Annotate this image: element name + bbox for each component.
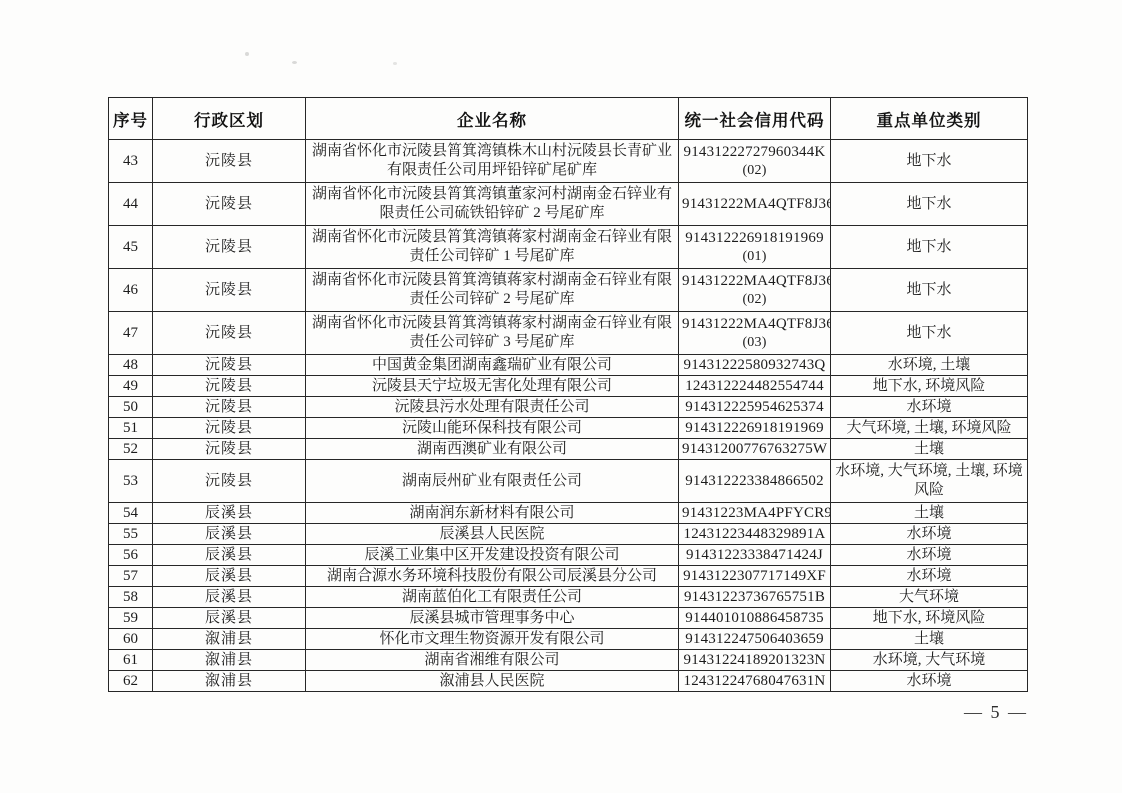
page-number: — 5 — — [938, 702, 1054, 723]
company-name-cell: 辰溪工业集中区开发建设投资有限公司 — [306, 545, 679, 566]
district-cell: 辰溪县 — [153, 503, 306, 524]
company-name-cell: 沅陵县天宁垃圾无害化处理有限公司 — [306, 376, 679, 397]
scan-speck — [393, 62, 397, 65]
district-cell: 溆浦县 — [153, 671, 306, 692]
table-row: 60 溆浦县 怀化市文理生物资源开发有限公司 91431224750640365… — [109, 629, 1028, 650]
district-cell: 沅陵县 — [153, 312, 306, 355]
credit-code-cell: 12431223448329891A — [679, 524, 831, 545]
credit-code-cell: 914401010886458735 — [679, 608, 831, 629]
serial-number-cell: 45 — [109, 226, 153, 269]
credit-code-cell: 91431224189201323N — [679, 650, 831, 671]
district-cell: 沅陵县 — [153, 183, 306, 226]
district-cell: 辰溪县 — [153, 566, 306, 587]
table-row: 45 沅陵县 湖南省怀化市沅陵县筲箕湾镇蒋家村湖南金石锌业有限责任公司锌矿 1 … — [109, 226, 1028, 269]
district-cell: 沅陵县 — [153, 439, 306, 460]
company-name-cell: 湖南省怀化市沅陵县筲箕湾镇蒋家村湖南金石锌业有限责任公司锌矿 2 号尾矿库 — [306, 269, 679, 312]
serial-number-cell: 62 — [109, 671, 153, 692]
table-row: 55 辰溪县 辰溪县人民医院 12431223448329891A 水环境 — [109, 524, 1028, 545]
credit-code-cell: 914312223384866502 — [679, 460, 831, 503]
credit-code-cell: 91431223338471424J — [679, 545, 831, 566]
credit-code-cell: 12431224768047631N — [679, 671, 831, 692]
credit-code-value: 91431223736765751B — [682, 588, 827, 607]
credit-code-cell: 914312225954625374 — [679, 397, 831, 418]
credit-code-value: 914312226918191969 — [682, 419, 827, 438]
credit-code-value: 124312224482554744 — [682, 377, 827, 396]
credit-code-cell: 124312224482554744 — [679, 376, 831, 397]
credit-code-cell: 91431222MA4QTF8J36 (03) — [679, 312, 831, 355]
credit-code-cell: 91431222580932743Q — [679, 355, 831, 376]
category-cell: 地下水 — [831, 312, 1028, 355]
district-cell: 沅陵县 — [153, 376, 306, 397]
table-row: 52 沅陵县 湖南西澳矿业有限公司 91431200776763275W 土壤 — [109, 439, 1028, 460]
serial-number-cell: 61 — [109, 650, 153, 671]
category-cell: 土壤 — [831, 629, 1028, 650]
key-units-table: 序号 行政区划 企业名称 统一社会信用代码 重点单位类别 43 沅陵县 湖南省怀… — [108, 97, 1028, 692]
credit-code-value: 91431222MA4QTF8J36 — [682, 195, 827, 214]
category-cell: 水环境, 大气环境 — [831, 650, 1028, 671]
district-cell: 沅陵县 — [153, 269, 306, 312]
district-cell: 溆浦县 — [153, 629, 306, 650]
credit-code-value: 914312226918191969 — [682, 229, 827, 248]
credit-code-cell: 91431222727960344K (02) — [679, 140, 831, 183]
district-cell: 沅陵县 — [153, 140, 306, 183]
table-row: 44 沅陵县 湖南省怀化市沅陵县筲箕湾镇董家河村湖南金石锌业有限责任公司硫铁铅锌… — [109, 183, 1028, 226]
credit-code-cell: 914312226918191969 — [679, 418, 831, 439]
header-district: 行政区划 — [153, 98, 306, 140]
company-name-cell: 湖南西澳矿业有限公司 — [306, 439, 679, 460]
district-cell: 辰溪县 — [153, 587, 306, 608]
table-header: 序号 行政区划 企业名称 统一社会信用代码 重点单位类别 — [109, 98, 1028, 140]
category-cell: 水环境 — [831, 397, 1028, 418]
credit-code-value: 914312247506403659 — [682, 630, 827, 649]
company-name-cell: 沅陵县污水处理有限责任公司 — [306, 397, 679, 418]
table-row: 53 沅陵县 湖南辰州矿业有限责任公司 914312223384866502 水… — [109, 460, 1028, 503]
scanned-page: 序号 行政区划 企业名称 统一社会信用代码 重点单位类别 43 沅陵县 湖南省怀… — [0, 0, 1122, 793]
category-cell: 水环境 — [831, 566, 1028, 587]
district-cell: 辰溪县 — [153, 608, 306, 629]
serial-number-cell: 58 — [109, 587, 153, 608]
credit-code-value: 91431222580932743Q — [682, 356, 827, 375]
table-row: 43 沅陵县 湖南省怀化市沅陵县筲箕湾镇株木山村沅陵县长青矿业有限责任公司用坪铅… — [109, 140, 1028, 183]
serial-number-cell: 47 — [109, 312, 153, 355]
credit-code-value: 91431223MA4PFYCR9R — [682, 504, 827, 523]
credit-code-value: 12431223448329891A — [682, 525, 827, 544]
company-name-cell: 溆浦县人民医院 — [306, 671, 679, 692]
table-row: 62 溆浦县 溆浦县人民医院 12431224768047631N 水环境 — [109, 671, 1028, 692]
company-name-cell: 湖南省怀化市沅陵县筲箕湾镇蒋家村湖南金石锌业有限责任公司锌矿 3 号尾矿库 — [306, 312, 679, 355]
company-name-cell: 怀化市文理生物资源开发有限公司 — [306, 629, 679, 650]
company-name-cell: 辰溪县城市管理事务中心 — [306, 608, 679, 629]
table-row: 56 辰溪县 辰溪工业集中区开发建设投资有限公司 914312233384714… — [109, 545, 1028, 566]
category-cell: 水环境, 大气环境, 土壤, 环境风险 — [831, 460, 1028, 503]
district-cell: 辰溪县 — [153, 524, 306, 545]
credit-code-note: (02) — [682, 291, 827, 308]
district-cell: 沅陵县 — [153, 226, 306, 269]
credit-code-value: 914401010886458735 — [682, 609, 827, 628]
credit-code-cell: 9143122307717149XF — [679, 566, 831, 587]
credit-code-cell: 914312226918191969 (01) — [679, 226, 831, 269]
category-cell: 水环境, 土壤 — [831, 355, 1028, 376]
header-category: 重点单位类别 — [831, 98, 1028, 140]
credit-code-value: 9143122307717149XF — [682, 567, 827, 586]
district-cell: 沅陵县 — [153, 418, 306, 439]
table-body: 43 沅陵县 湖南省怀化市沅陵县筲箕湾镇株木山村沅陵县长青矿业有限责任公司用坪铅… — [109, 140, 1028, 692]
district-cell: 沅陵县 — [153, 355, 306, 376]
category-cell: 水环境 — [831, 524, 1028, 545]
serial-number-cell: 53 — [109, 460, 153, 503]
table-row: 61 溆浦县 湖南省湘维有限公司 91431224189201323N 水环境,… — [109, 650, 1028, 671]
serial-number-cell: 54 — [109, 503, 153, 524]
credit-code-cell: 91431223736765751B — [679, 587, 831, 608]
table-header-row: 序号 行政区划 企业名称 统一社会信用代码 重点单位类别 — [109, 98, 1028, 140]
credit-code-value: 91431200776763275W — [682, 440, 827, 459]
district-cell: 辰溪县 — [153, 545, 306, 566]
credit-code-value: 91431222MA4QTF8J36 — [682, 315, 827, 334]
category-cell: 土壤 — [831, 503, 1028, 524]
table-row: 50 沅陵县 沅陵县污水处理有限责任公司 914312225954625374 … — [109, 397, 1028, 418]
company-name-cell: 沅陵山能环保科技有限公司 — [306, 418, 679, 439]
serial-number-cell: 59 — [109, 608, 153, 629]
category-cell: 水环境 — [831, 671, 1028, 692]
company-name-cell: 湖南润东新材料有限公司 — [306, 503, 679, 524]
serial-number-cell: 51 — [109, 418, 153, 439]
company-name-cell: 辰溪县人民医院 — [306, 524, 679, 545]
header-serial-number: 序号 — [109, 98, 153, 140]
category-cell: 地下水, 环境风险 — [831, 608, 1028, 629]
credit-code-cell: 91431222MA4QTF8J36 (02) — [679, 269, 831, 312]
table-row: 54 辰溪县 湖南润东新材料有限公司 91431223MA4PFYCR9R 土壤 — [109, 503, 1028, 524]
company-name-cell: 湖南省湘维有限公司 — [306, 650, 679, 671]
credit-code-cell: 91431223MA4PFYCR9R — [679, 503, 831, 524]
category-cell: 地下水, 环境风险 — [831, 376, 1028, 397]
credit-code-note: (03) — [682, 334, 827, 351]
credit-code-value: 914312223384866502 — [682, 472, 827, 491]
table-row: 49 沅陵县 沅陵县天宁垃圾无害化处理有限公司 1243122244825547… — [109, 376, 1028, 397]
credit-code-value: 91431223338471424J — [682, 546, 827, 565]
table-row: 58 辰溪县 湖南蓝伯化工有限责任公司 91431223736765751B 大… — [109, 587, 1028, 608]
district-cell: 沅陵县 — [153, 460, 306, 503]
company-name-cell: 湖南省怀化市沅陵县筲箕湾镇株木山村沅陵县长青矿业有限责任公司用坪铅锌矿尾矿库 — [306, 140, 679, 183]
category-cell: 大气环境 — [831, 587, 1028, 608]
district-cell: 溆浦县 — [153, 650, 306, 671]
serial-number-cell: 50 — [109, 397, 153, 418]
category-cell: 土壤 — [831, 439, 1028, 460]
company-name-cell: 湖南省怀化市沅陵县筲箕湾镇蒋家村湖南金石锌业有限责任公司锌矿 1 号尾矿库 — [306, 226, 679, 269]
table-row: 46 沅陵县 湖南省怀化市沅陵县筲箕湾镇蒋家村湖南金石锌业有限责任公司锌矿 2 … — [109, 269, 1028, 312]
company-name-cell: 湖南合源水务环境科技股份有限公司辰溪县分公司 — [306, 566, 679, 587]
serial-number-cell: 44 — [109, 183, 153, 226]
credit-code-cell: 914312247506403659 — [679, 629, 831, 650]
category-cell: 地下水 — [831, 140, 1028, 183]
credit-code-value: 914312225954625374 — [682, 398, 827, 417]
credit-code-cell: 91431200776763275W — [679, 439, 831, 460]
serial-number-cell: 57 — [109, 566, 153, 587]
scan-speck — [245, 52, 249, 56]
credit-code-value: 91431224189201323N — [682, 651, 827, 670]
serial-number-cell: 52 — [109, 439, 153, 460]
category-cell: 水环境 — [831, 545, 1028, 566]
serial-number-cell: 49 — [109, 376, 153, 397]
header-credit-code: 统一社会信用代码 — [679, 98, 831, 140]
scan-speck — [292, 61, 297, 64]
credit-code-cell: 91431222MA4QTF8J36 — [679, 183, 831, 226]
table-row: 47 沅陵县 湖南省怀化市沅陵县筲箕湾镇蒋家村湖南金石锌业有限责任公司锌矿 3 … — [109, 312, 1028, 355]
serial-number-cell: 46 — [109, 269, 153, 312]
category-cell: 地下水 — [831, 226, 1028, 269]
serial-number-cell: 60 — [109, 629, 153, 650]
serial-number-cell: 56 — [109, 545, 153, 566]
district-cell: 沅陵县 — [153, 397, 306, 418]
company-name-cell: 湖南蓝伯化工有限责任公司 — [306, 587, 679, 608]
credit-code-value: 12431224768047631N — [682, 672, 827, 691]
table-row: 59 辰溪县 辰溪县城市管理事务中心 914401010886458735 地下… — [109, 608, 1028, 629]
company-name-cell: 湖南省怀化市沅陵县筲箕湾镇董家河村湖南金石锌业有限责任公司硫铁铅锌矿 2 号尾矿… — [306, 183, 679, 226]
category-cell: 地下水 — [831, 183, 1028, 226]
table-row: 48 沅陵县 中国黄金集团湖南鑫瑞矿业有限公司 9143122258093274… — [109, 355, 1028, 376]
category-cell: 地下水 — [831, 269, 1028, 312]
table-row: 51 沅陵县 沅陵山能环保科技有限公司 914312226918191969 大… — [109, 418, 1028, 439]
serial-number-cell: 48 — [109, 355, 153, 376]
company-name-cell: 湖南辰州矿业有限责任公司 — [306, 460, 679, 503]
table-row: 57 辰溪县 湖南合源水务环境科技股份有限公司辰溪县分公司 9143122307… — [109, 566, 1028, 587]
header-company-name: 企业名称 — [306, 98, 679, 140]
credit-code-value: 91431222MA4QTF8J36 — [682, 272, 827, 291]
credit-code-note: (01) — [682, 248, 827, 265]
serial-number-cell: 43 — [109, 140, 153, 183]
company-name-cell: 中国黄金集团湖南鑫瑞矿业有限公司 — [306, 355, 679, 376]
serial-number-cell: 55 — [109, 524, 153, 545]
credit-code-note: (02) — [682, 162, 827, 179]
category-cell: 大气环境, 土壤, 环境风险 — [831, 418, 1028, 439]
credit-code-value: 91431222727960344K — [682, 143, 827, 162]
